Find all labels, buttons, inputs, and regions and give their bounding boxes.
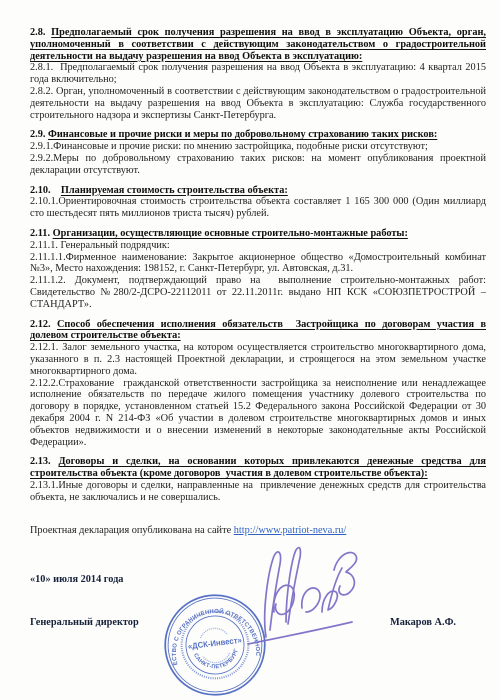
signature-underline	[248, 622, 352, 644]
section-paragraph: 2.11.1. Генеральный подрядчик:	[30, 240, 486, 252]
document-section: 2.9. Финансовые и прочие риски и меры по…	[30, 129, 486, 176]
section-heading: 2.11. Организации, осуществляющие основн…	[30, 228, 486, 240]
document-section: 2.12. Способ обеспечения исполнения обяз…	[30, 319, 486, 449]
section-number: 2.13.	[30, 456, 58, 467]
section-paragraph: 2.11.1.1.Фирменное наименование: Закрыто…	[30, 252, 486, 276]
section-title: Способ обеспечения исполнения обязательс…	[30, 319, 486, 342]
section-heading: 2.9. Финансовые и прочие риски и меры по…	[30, 129, 486, 141]
document-section: 2.13. Договоры и сделки, на основании ко…	[30, 456, 486, 503]
section-title: Договоры и сделки, на основании которых …	[30, 456, 486, 479]
section-paragraph: 2.9.1.Финансовые и прочие риски: по мнен…	[30, 141, 486, 153]
signatory-position: Генеральный директор	[30, 617, 139, 629]
signatory-name: Макаров А.Ф.	[390, 617, 456, 629]
publication-link[interactable]: http://www.patriot-neva.ru/	[234, 525, 347, 536]
publication-text: Проектная декларация опубликована на сай…	[30, 525, 234, 536]
publication-line: Проектная декларация опубликована на сай…	[30, 525, 486, 537]
signature-stroke-initial	[265, 552, 281, 637]
document-section: 2.11. Организации, осуществляющие основн…	[30, 228, 486, 311]
section-number: 2.11.	[30, 228, 53, 239]
section-heading: 2.8. Предполагаемый срок получения разре…	[30, 27, 486, 62]
section-paragraph: 2.10.1.Ориентировочная стоимость строите…	[30, 196, 486, 220]
section-title: Организации, осуществляющие основные стр…	[53, 228, 408, 239]
section-paragraph: 2.12.2.Страхование гражданской ответстве…	[30, 378, 486, 449]
section-paragraph: 2.8.1. Предполагаемый срок получения раз…	[30, 62, 486, 86]
signature-scribble	[238, 542, 368, 654]
section-paragraph: 2.13.1.Иные договоры и сделки, направлен…	[30, 480, 486, 504]
document-section: 2.10. Планируемая стоимость строительств…	[30, 185, 486, 220]
section-heading: 2.12. Способ обеспечения исполнения обяз…	[30, 319, 486, 343]
section-title: Предполагаемый срок получения разрешения…	[30, 27, 486, 62]
section-paragraph: 2.12.1. Залог земельного участка, на кот…	[30, 342, 486, 377]
section-heading: 2.10. Планируемая стоимость строительств…	[30, 185, 486, 197]
signature-stroke-flourish	[334, 552, 357, 594]
section-paragraph: 2.9.2.Меры по добровольному страхованию …	[30, 153, 486, 177]
section-number: 2.10.	[30, 185, 61, 196]
section-paragraph: 2.11.1.2. Документ, подтверждающий право…	[30, 275, 486, 310]
section-title: Планируемая стоимость строительства объе…	[61, 185, 288, 196]
signature-stroke-oval2	[302, 588, 320, 612]
section-paragraph: 2.8.2. Орган, уполномоченный в соответст…	[30, 86, 486, 121]
section-title: Финансовые и прочие риски и меры по добр…	[48, 129, 437, 140]
section-number: 2.9.	[30, 129, 48, 140]
document-page: 2.8. Предполагаемый срок получения разре…	[0, 0, 500, 700]
section-number: 2.8.	[30, 27, 51, 38]
section-number: 2.12.	[30, 319, 57, 330]
document-section: 2.8. Предполагаемый срок получения разре…	[30, 27, 486, 121]
document-sections: 2.8. Предполагаемый срок получения разре…	[30, 27, 486, 503]
section-heading: 2.13. Договоры и сделки, на основании ко…	[30, 456, 486, 480]
